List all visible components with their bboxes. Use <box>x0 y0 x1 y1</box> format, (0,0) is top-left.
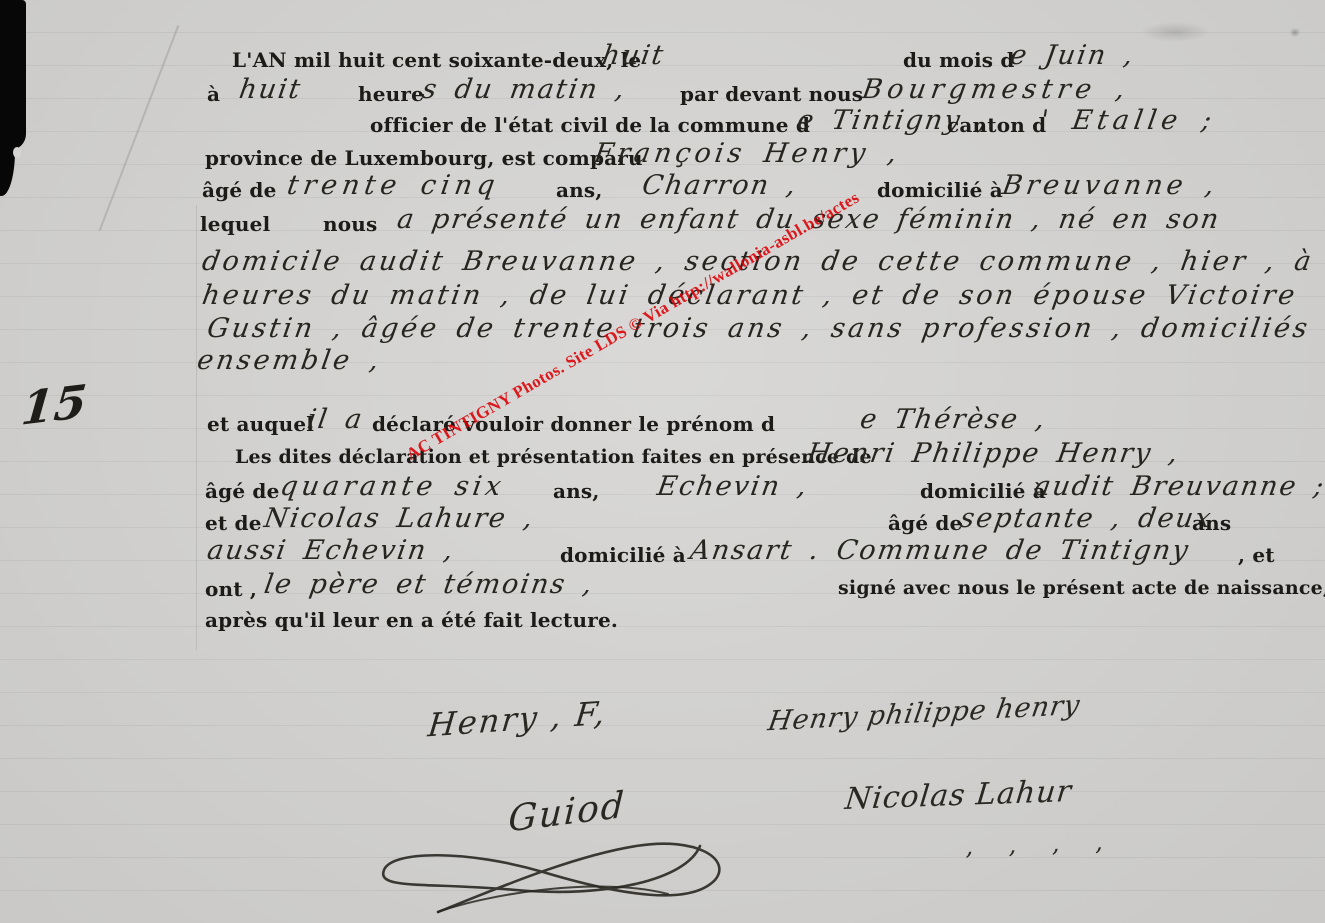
preprinted-domicile-label-2: domicilié à <box>920 479 1046 503</box>
line-witness2-details: aussi Echevin , domicilié à Ansart . Com… <box>0 543 1325 579</box>
handwritten-witness2-domicile: Ansart . Commune de Tintigny <box>688 535 1192 566</box>
handwritten-canton: ' Etalle ; <box>1038 105 1219 136</box>
handwritten-witness1-profession: Echevin , <box>655 471 811 502</box>
preprinted-lequel: lequel <box>200 212 270 236</box>
preprinted-hour-label: heure <box>358 82 424 106</box>
handwritten-witness1-age: quarante six <box>278 471 507 502</box>
handwritten-child-name: e Thérèse , <box>858 404 1049 435</box>
handwritten-witness2-profession: aussi Echevin , <box>205 535 457 566</box>
handwritten-month: e Juin , <box>1008 40 1137 71</box>
scan-speck-top-right <box>1290 28 1300 37</box>
handwritten-presentation-5: ensemble , <box>195 345 384 376</box>
preprinted-ans-3: ans <box>1192 511 1231 535</box>
signature-witness1: Henry philippe henry <box>766 690 1083 738</box>
line-presentation-1: lequel nous a présenté un enfant du sexe… <box>0 212 1325 248</box>
preprinted-signed-clause: signé avec nous le présent acte de naiss… <box>838 577 1325 599</box>
handwritten-officer-title: Bourgmestre , <box>860 74 1132 105</box>
line-lecture-clause: après qu'il leur en a été fait lecture. <box>0 608 1325 644</box>
handwritten-witness1-domicile: audit Breuvanne ; <box>1032 471 1325 502</box>
handwritten-declarant-domicile: Breuvanne , <box>1000 170 1220 201</box>
handwritten-presentation-3: heures du matin , de lui déclarant , et … <box>200 280 1300 311</box>
document-scan: 15 AC TINTIGNY Photos. Site LDS © Via ht… <box>0 0 1325 923</box>
handwritten-witness2-name: Nicolas Lahure , <box>262 503 537 534</box>
preprinted-at: à <box>207 82 220 106</box>
preprinted-age-label: âgé de <box>202 178 277 202</box>
preprinted-lecture-clause: après qu'il leur en a été fait lecture. <box>205 608 618 632</box>
preprinted-domicile-label-3: domicilié à <box>560 543 686 567</box>
signature-witness2: Nicolas Lahur <box>843 774 1073 817</box>
preprinted-witness-intro: Les dites déclaration et présentation fa… <box>235 446 872 468</box>
preprinted-domicile-label: domicilié à <box>877 178 1003 202</box>
signature-witness2-marks: ‚ ‚ ‚ ‚ <box>965 827 1117 860</box>
preprinted-canton-label: canton d <box>947 113 1046 137</box>
scan-smudge-top-right <box>1140 22 1210 42</box>
handwritten-declarant-name: François Henry , <box>592 138 903 169</box>
handwritten-declarant-profession: Charron , <box>640 170 800 201</box>
preprinted-et-auquel: et auquel <box>207 412 314 436</box>
signature-father: Henry , F, <box>426 694 608 745</box>
handwritten-time-of-day: s du matin , <box>420 74 628 105</box>
handwritten-witness2-age: septante , deux <box>958 503 1215 534</box>
signature-flourish <box>368 828 738 923</box>
preprinted-date-intro: L'AN mil huit cent soixante-deux, le <box>232 48 641 72</box>
handwritten-signataires: le père et témoins , <box>262 569 596 600</box>
preprinted-age-label-2: âgé de <box>205 479 280 503</box>
handwritten-declarant-age: trente cinq <box>285 170 502 201</box>
handwritten-il-a: il a <box>305 404 366 435</box>
preprinted-ont: ont , <box>205 577 257 601</box>
preprinted-age-label-3: âgé de <box>888 511 963 535</box>
preprinted-ans: ans, <box>556 178 603 202</box>
preprinted-month-label: du mois d <box>903 48 1015 72</box>
preprinted-before-us: par devant nous <box>680 82 863 106</box>
handwritten-day: huit <box>600 40 667 71</box>
preprinted-officer-commune: officier de l'état civil de la commune d <box>370 113 810 137</box>
preprinted-et: , et <box>1238 543 1275 567</box>
handwritten-witness1-name: Henri Philippe Henry , <box>805 438 1182 469</box>
handwritten-hour: huit <box>237 74 304 105</box>
line-presentation-5: ensemble , <box>0 349 1325 385</box>
handwritten-presentation-4: Gustin , âgée de trente trois ans , sans… <box>205 313 1312 344</box>
preprinted-province-comparu: province de Luxembourg, est comparu <box>205 146 643 170</box>
preprinted-ans-2: ans, <box>553 479 600 503</box>
preprinted-nous: nous <box>323 212 377 236</box>
preprinted-et-de: et de <box>205 511 262 535</box>
